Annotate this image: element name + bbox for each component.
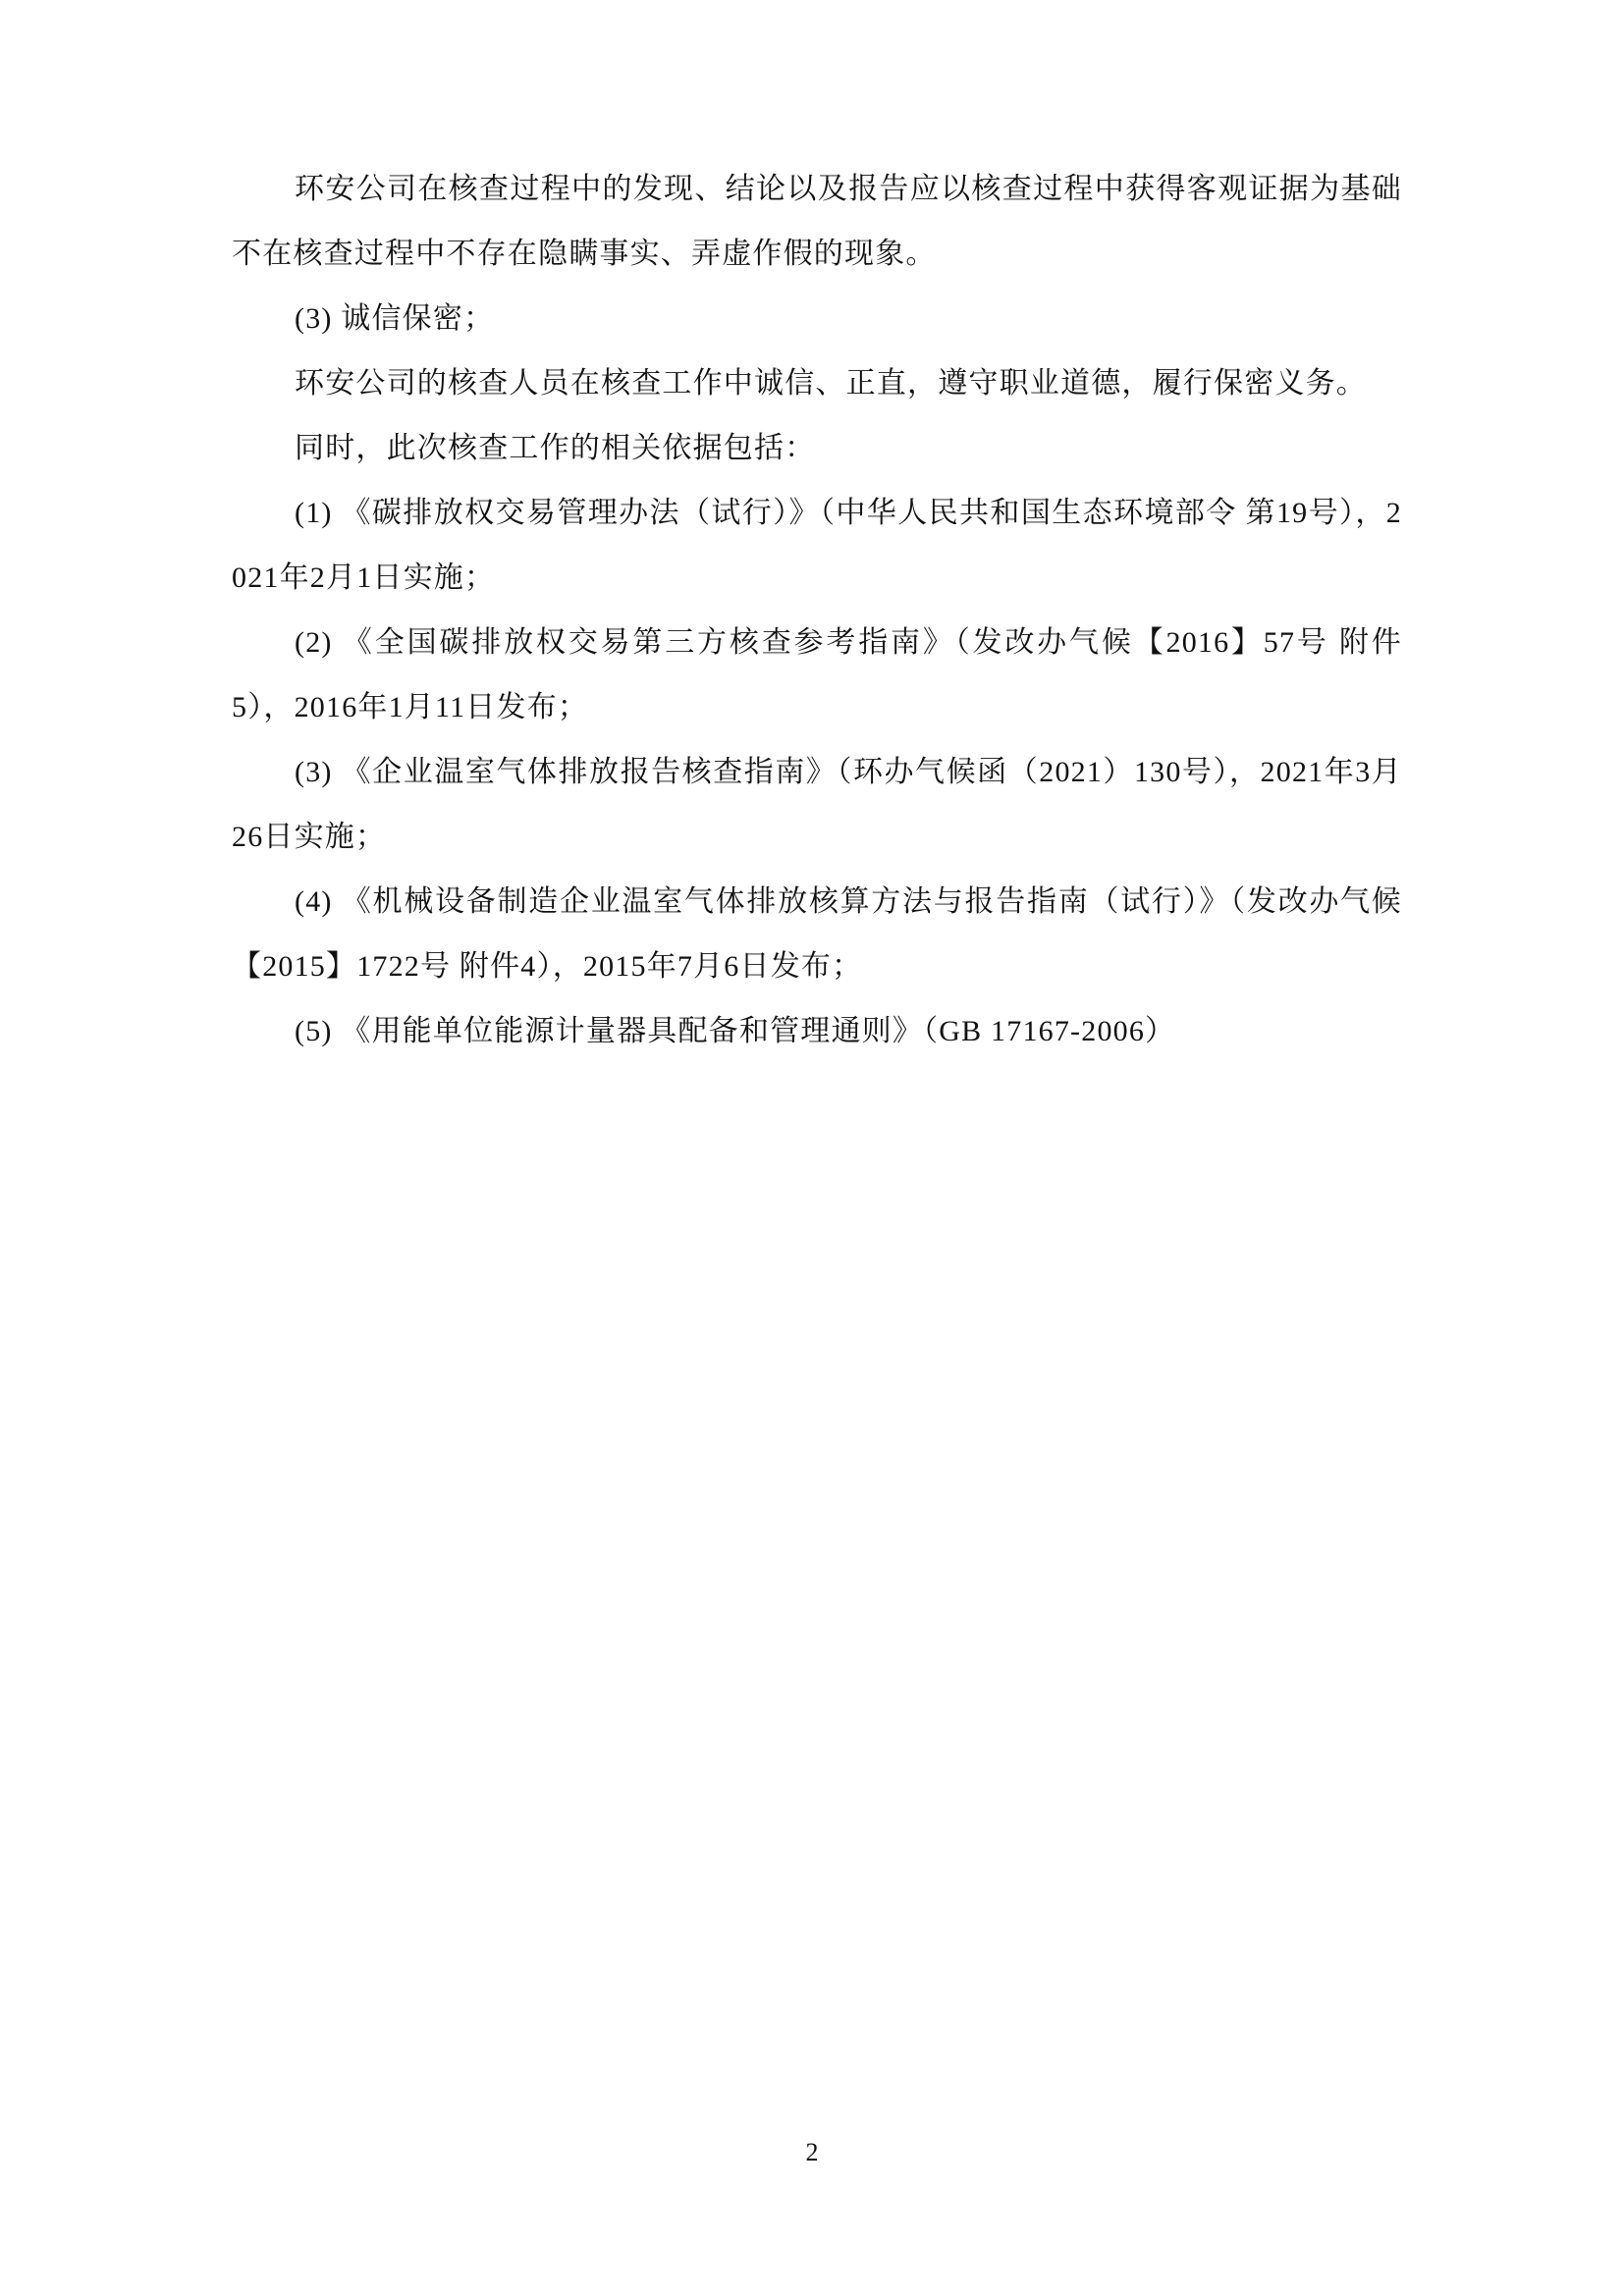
basis-item-2: (2) 《全国碳排放权交易第三方核查参考指南》（发改办气候【2016】57号 附… [232, 611, 1402, 740]
paragraph-integrity: 环安公司的核查人员在核查工作中诚信、正直，遵守职业道德，履行保密义务。 [232, 351, 1402, 416]
paragraph-basis-intro: 同时，此次核查工作的相关依据包括： [232, 416, 1402, 481]
heading-integrity-confidentiality: (3) 诚信保密； [232, 287, 1402, 351]
page-body: 环安公司在核查过程中的发现、结论以及报告应以核查过程中获得客观证据为基础不在核查… [232, 157, 1402, 1064]
basis-item-3: (3) 《企业温室气体排放报告核查指南》（环办气候函（2021）130号），20… [232, 740, 1402, 870]
basis-item-5: (5) 《用能单位能源计量器具配备和管理通则》（GB 17167-2006） [232, 999, 1402, 1064]
basis-item-1: (1) 《碳排放权交易管理办法（试行）》（中华人民共和国生态环境部令 第19号）… [232, 481, 1402, 611]
page-number: 2 [0, 2138, 1624, 2167]
paragraph-verification-evidence: 环安公司在核查过程中的发现、结论以及报告应以核查过程中获得客观证据为基础不在核查… [232, 157, 1402, 287]
basis-item-4: (4) 《机械设备制造企业温室气体排放核算方法与报告指南（试行）》（发改办气候【… [232, 870, 1402, 999]
